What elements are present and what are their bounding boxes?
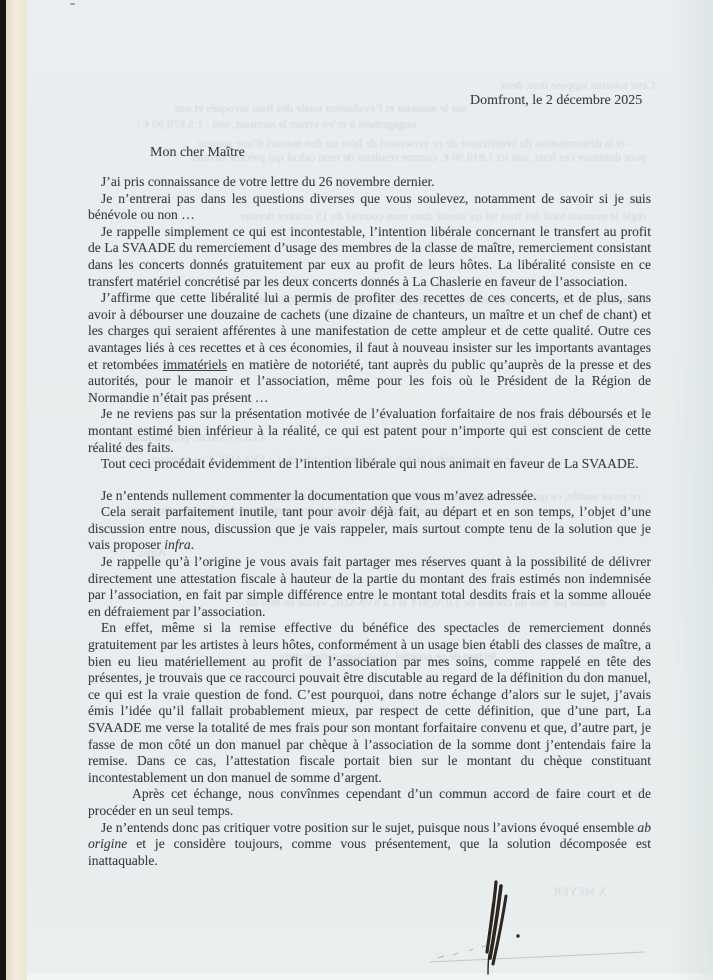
paragraph-5: Je ne reviens pas sur la présentation mo…: [88, 406, 651, 456]
scan-speck: [70, 3, 75, 5]
body-text: .: [191, 537, 194, 552]
paragraph-1: J’ai pris connaissance de votre lettre d…: [88, 174, 651, 191]
paragraph-7: Je n’entends nullement commenter la docu…: [88, 488, 651, 505]
signature: [400, 864, 660, 978]
scan-shading: [673, 0, 713, 980]
paragraph-11: Après cet échange, nous convînmes cepend…: [88, 786, 651, 819]
paragraph-10: En effet, même si la remise effective du…: [88, 620, 651, 786]
paragraph-2: Je n’entrerai pas dans les questions div…: [88, 191, 651, 224]
body-text: Je n’entrerai pas dans les questions div…: [88, 191, 651, 223]
paragraph-3: Je rappelle simplement ce qui est incont…: [88, 224, 651, 290]
body-text: Je n’entends nullement commenter la docu…: [101, 488, 537, 503]
scanned-letter-page: Cette solution suppose donc deux temps :…: [0, 0, 713, 980]
paragraph-9: Je rappelle qu’à l’origine je vous avais…: [88, 554, 651, 620]
body-text: Je ne reviens pas sur la présentation mo…: [88, 406, 651, 454]
bleedthrough-line-2: sur le montant et l’évaluation totale de…: [86, 101, 466, 115]
paper-edge-cream: [6, 0, 27, 980]
body-text: Après cet échange, nous convînmes cepend…: [88, 786, 651, 818]
paragraph-6: Tout ceci procédait évidemment de l’inte…: [88, 456, 651, 473]
letter-dateline: Domfront, le 2 décembre 2025: [470, 93, 642, 109]
paragraph-12: Je n’entends donc pas critiquer votre po…: [88, 820, 651, 870]
body-text: Tout ceci procédait évidemment de l’inte…: [101, 456, 638, 471]
bleedthrough-line-1: Cette solution suppose donc deux temps :: [497, 80, 655, 94]
paragraph-8: Cela serait parfaitement inutile, tant p…: [88, 504, 651, 554]
body-text: et je considère toujours, comme vous pré…: [88, 836, 651, 868]
body-text: Je rappelle simplement ce qui est incont…: [88, 224, 651, 289]
bleedthrough-line-3: engagement à m’en verser le montant, soi…: [86, 117, 416, 131]
body-text: Je rappelle qu’à l’origine je vous avais…: [88, 554, 651, 619]
emphasis-text: immatériels: [163, 357, 227, 372]
body-text: Je n’entends donc pas critiquer votre po…: [101, 820, 637, 835]
paragraph-4: J’affirme que cette libéralité lui a per…: [88, 290, 651, 406]
letter-body: J’ai pris connaissance de votre lettre d…: [88, 174, 651, 869]
body-text: J’ai pris connaissance de votre lettre d…: [101, 174, 435, 189]
emphasis-text: infra: [164, 537, 190, 552]
body-text: En effet, même si la remise effective du…: [88, 620, 651, 784]
letter-salutation: Mon cher Maître: [150, 145, 245, 161]
